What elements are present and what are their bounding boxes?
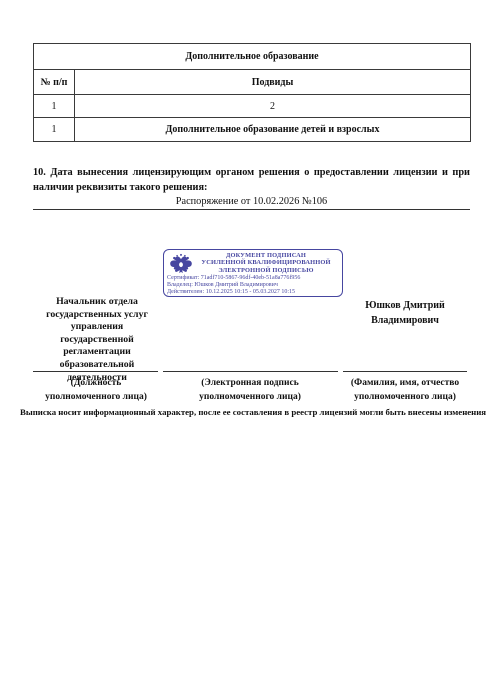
index-cell-num: 1 [34,95,75,118]
caption-position: (Должность уполномоченного лица) [44,376,148,404]
row-num-cell: 1 [34,118,75,142]
row-subtype-cell: Дополнительное образование детей и взрос… [75,118,471,142]
electronic-signature-stamp: ДОКУМЕНТ ПОДПИСАН УСИЛЕННОЙ КВАЛИФИЦИРОВ… [163,249,343,297]
signature-line-esign [163,371,338,372]
caption-fio: (Фамилия, имя, отчество уполномоченного … [343,376,467,404]
stamp-header: ДОКУМЕНТ ПОДПИСАН УСИЛЕННОЙ КВАЛИФИЦИРОВ… [167,252,338,274]
additional-education-table: Дополнительное образование № п/п Подвиды… [33,43,471,142]
decree-value: Распоряжение от 10.02.2026 №106 [33,196,470,210]
column-header-num: № п/п [34,70,75,95]
caption-esign: (Электронная подпись уполномоченного лиц… [180,376,320,404]
stamp-title-line3: ЭЛЕКТРОННОЙ ПОДПИСЬЮ [194,267,338,274]
table-row: 1 Дополнительное образование детей и взр… [34,118,471,142]
coat-of-arms-icon [167,253,194,274]
informational-note: Выписка носит информационный характер, п… [20,407,480,417]
index-cell-subtypes: 2 [75,95,471,118]
clause-10-label: 10. Дата вынесения лицензирующим органом… [33,166,470,195]
stamp-details: Сертификат: 71adf710-5867-96df-40eb-51a8… [167,275,338,296]
license-extract-page: Дополнительное образование № п/п Подвиды… [0,0,500,700]
stamp-validity: Действителен: 10.12.2025 10:15 - 05.03.2… [167,289,338,296]
table-title-row: Дополнительное образование [34,44,471,70]
signature-line-fio [343,371,467,372]
column-header-subtypes: Подвиды [75,70,471,95]
stamp-title-line2: УСИЛЕННОЙ КВАЛИФИЦИРОВАННОЙ [194,259,338,266]
table-header-row: № п/п Подвиды [34,70,471,95]
table-index-row: 1 2 [34,95,471,118]
table-title: Дополнительное образование [34,44,471,70]
stamp-owner: Владелец: Юшков Дмитрий Владимирович [167,282,338,289]
signature-line-position [33,371,158,372]
stamp-title: ДОКУМЕНТ ПОДПИСАН УСИЛЕННОЙ КВАЛИФИЦИРОВ… [194,252,338,274]
signer-name: Юшков Дмитрий Владимирович [350,298,460,328]
